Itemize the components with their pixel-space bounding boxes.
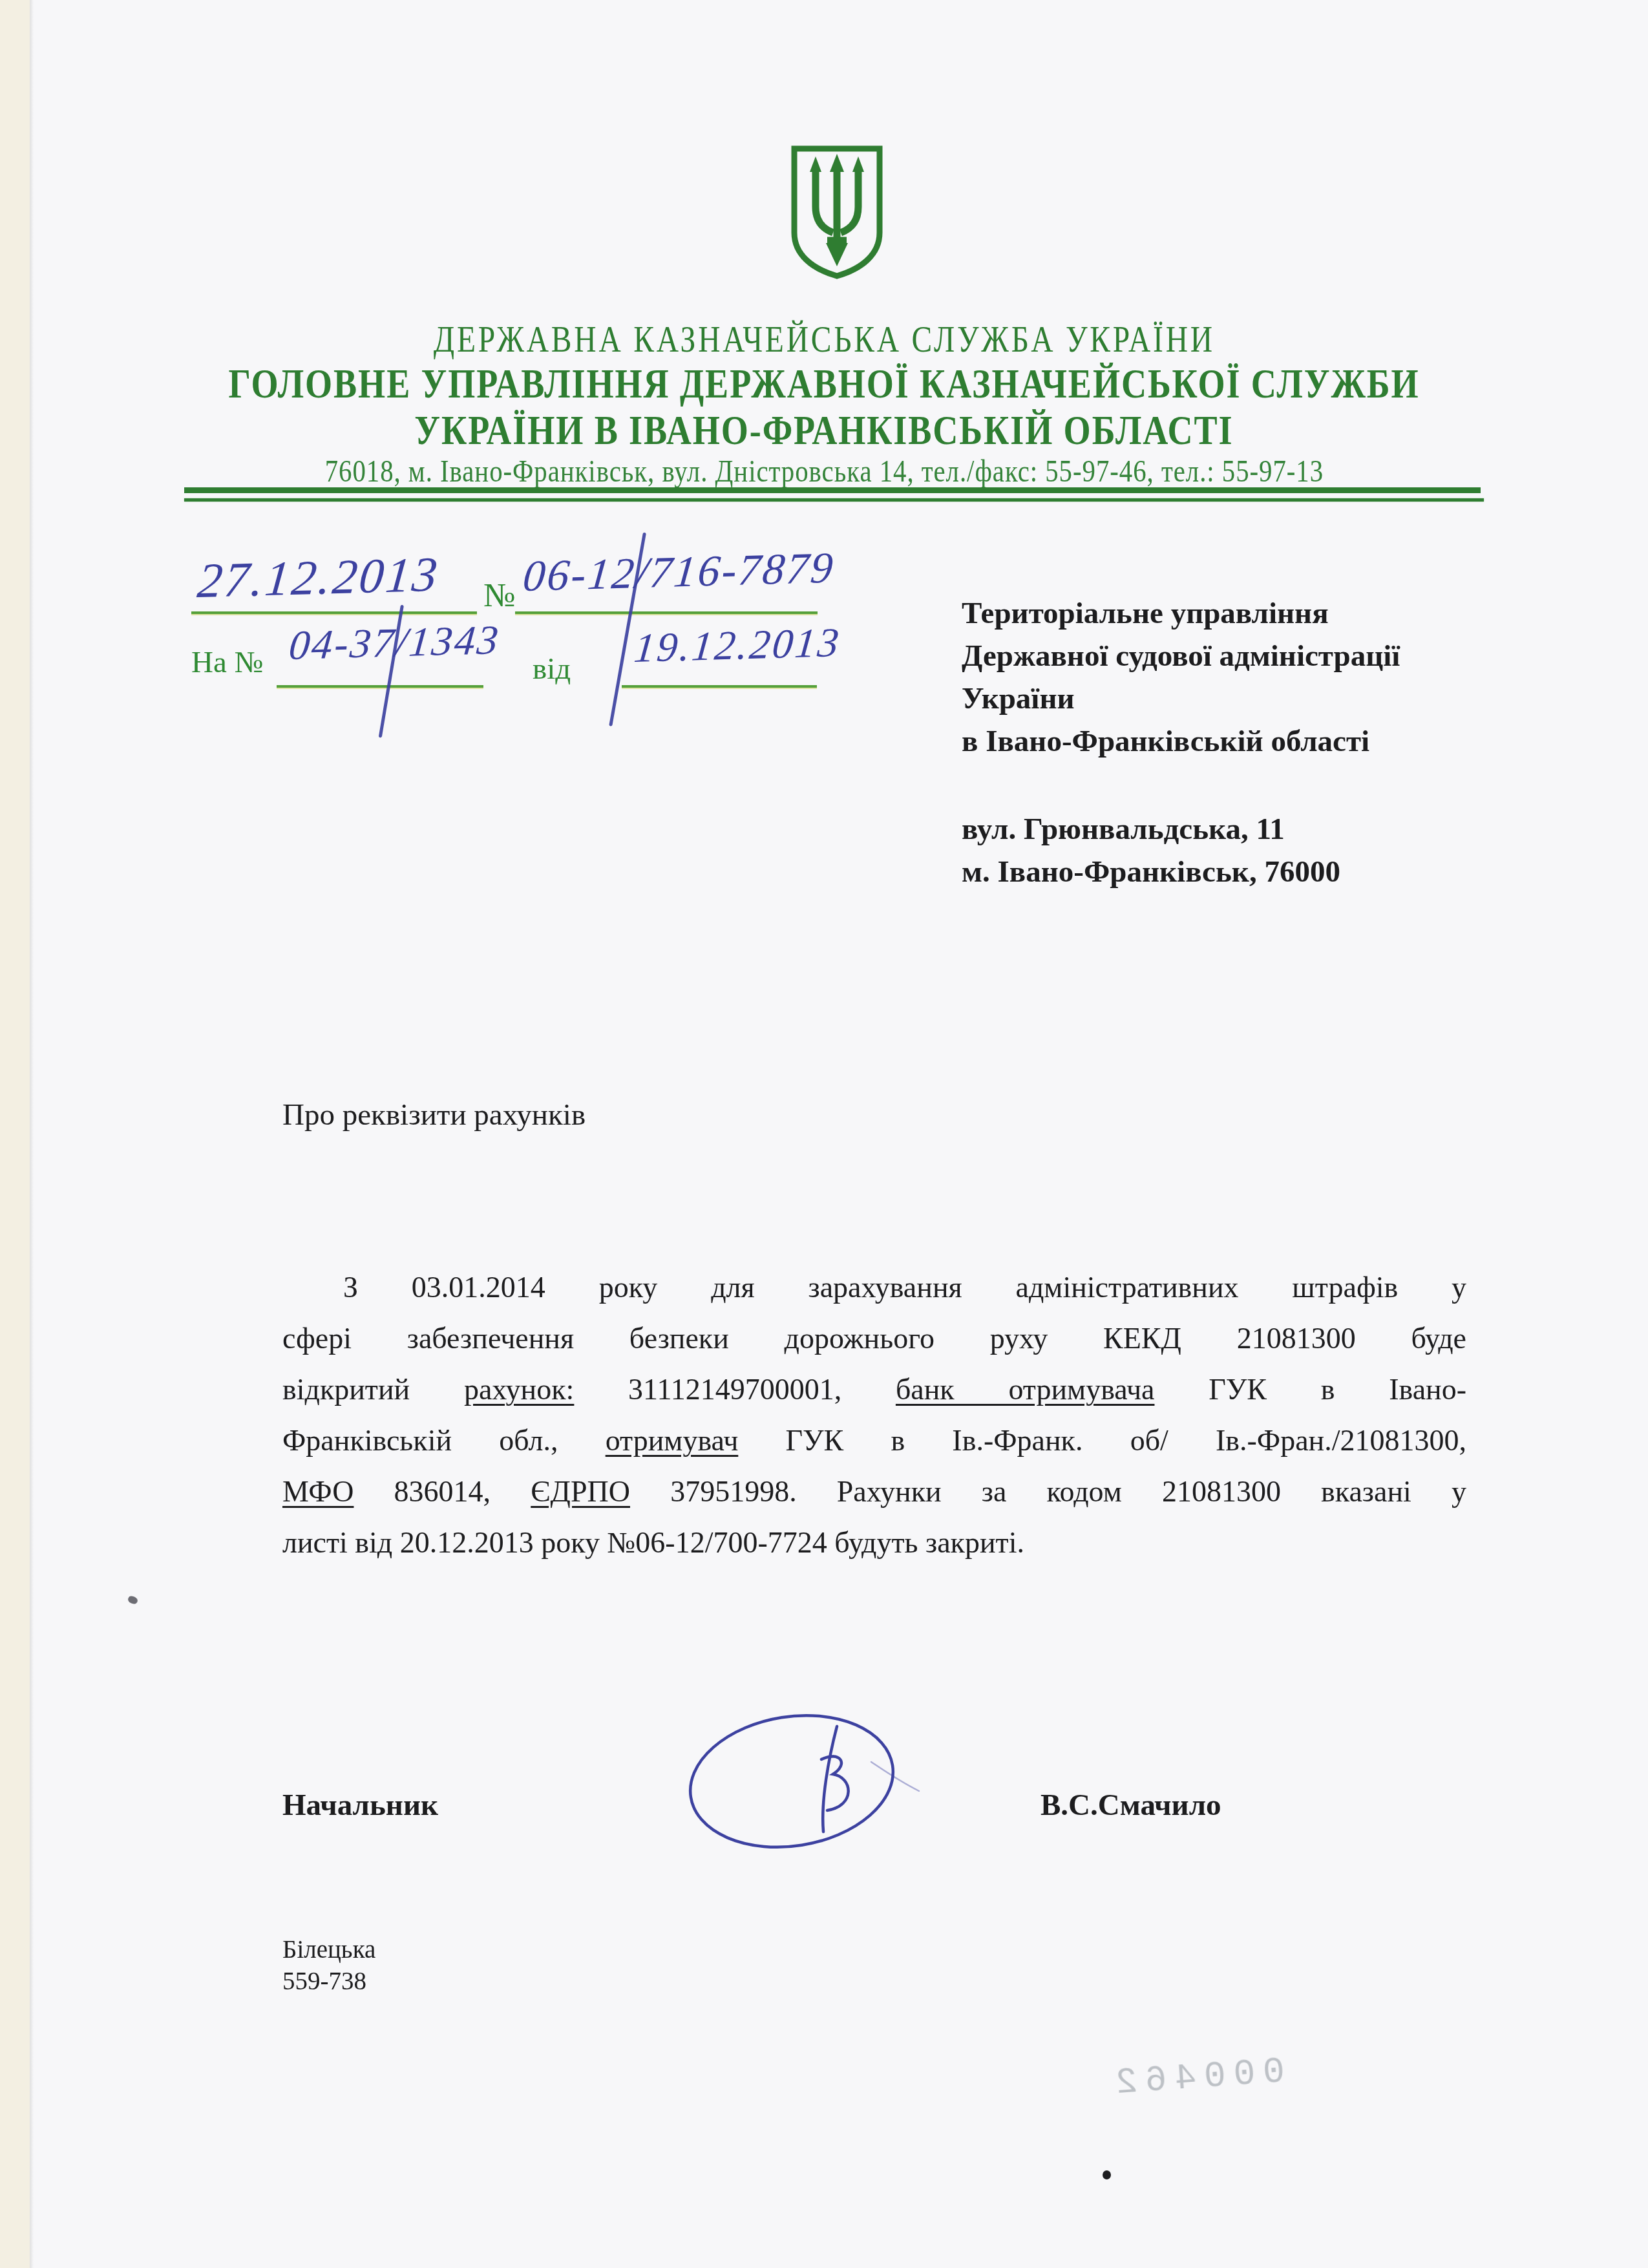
recipient-line: в Івано-Франківській області (962, 720, 1400, 763)
ukraine-trident-icon (783, 142, 891, 283)
recipient-address-line: вул. Грюнвальдська, 11 (962, 808, 1340, 851)
recipient-address-line: м. Івано-Франківськ, 76000 (962, 851, 1340, 893)
body-paragraph: З 03.01.2014 року для зарахування адміні… (282, 1262, 1466, 1568)
body-text-segment: банк отримувача (896, 1373, 1155, 1406)
letterhead-rule-thick (184, 487, 1481, 493)
org-name-line-3: УКРАЇНИ В ІВАНО-ФРАНКІВСЬКІЙ ОБЛАСТІ (29, 407, 1619, 449)
org-name-line-1: ДЕРЖАВНА КАЗНАЧЕЙСЬКА СЛУЖБА УКРАЇНИ (29, 318, 1619, 355)
body-text-segment: 37951998. Рахунки за кодом 21081300 вказ… (630, 1475, 1466, 1508)
executor-block: Білецька 559-738 (282, 1934, 375, 1997)
body-line: МФО 836014, ЄДРПО 37951998. Рахунки за к… (282, 1466, 1466, 1517)
scanner-bed-strip (0, 0, 30, 2268)
executor-name: Білецька (282, 1934, 375, 1966)
letterhead-address-line: 76018, м. Івано-Франківськ, вул. Дністро… (29, 454, 1619, 485)
recipient-address-block: вул. Грюнвальдська, 11м. Івано-Франківсь… (962, 808, 1340, 893)
ink-speck (127, 1595, 138, 1605)
ink-speck (1103, 2170, 1111, 2179)
body-text-segment: ГУК в Івано- (1154, 1373, 1466, 1406)
body-text-segment: рахунок: (464, 1373, 574, 1406)
body-text-segment: відкритий (282, 1373, 464, 1406)
body-text-segment: ЄДРПО (531, 1475, 630, 1508)
scanned-letter-page: ДЕРЖАВНА КАЗНАЧЕЙСЬКА СЛУЖБА УКРАЇНИ ГОЛ… (0, 0, 1648, 2268)
letterhead-rule-thin (184, 498, 1484, 502)
body-text-segment: З 03.01.2014 року для зарахування адміні… (343, 1271, 1466, 1304)
body-text-segment: МФО (282, 1475, 354, 1508)
body-text-segment: листі від 20.12.2013 року №06-12/700-772… (282, 1526, 1024, 1559)
mirrored-stamp-number: 000462 (1115, 2051, 1286, 2104)
signatory-title: Начальник (282, 1788, 438, 1823)
in-reply-to-label: На № (191, 645, 263, 680)
recipient-line: Територіальне управління (962, 592, 1400, 635)
outgoing-number-handwritten: 06-12/716-7879 (521, 542, 837, 602)
signature-scribble (679, 1697, 950, 1872)
green-underline (191, 611, 477, 614)
body-line: Франківській обл., отримувач ГУК в Ів.-Ф… (282, 1415, 1466, 1466)
recipient-line: України (962, 677, 1400, 720)
from-date-label: від (533, 652, 571, 686)
body-line: листі від 20.12.2013 року №06-12/700-772… (282, 1517, 1466, 1568)
executor-phone: 559-738 (282, 1966, 375, 1997)
green-underline (622, 685, 817, 688)
body-line: сфері забезпечення безпеки дорожнього ру… (282, 1313, 1466, 1364)
green-underline (515, 611, 818, 614)
body-text-segment: 836014, (354, 1475, 531, 1508)
signatory-name: В.С.Смачило (1041, 1788, 1221, 1823)
subject-line: Про реквізити рахунків (282, 1097, 586, 1132)
body-text-segment: ГУК в Ів.-Франк. об/ Ів.-Фран./21081300, (738, 1424, 1466, 1457)
incoming-date-handwritten: 19.12.2013 (632, 619, 843, 672)
recipient-line: Державної судової адміністрації (962, 635, 1400, 677)
body-line: З 03.01.2014 року для зарахування адміні… (282, 1262, 1466, 1313)
body-text-segment: Франківській обл., (282, 1424, 606, 1457)
body-line: відкритий рахунок: 31112149700001, банк … (282, 1364, 1466, 1415)
outgoing-date-handwritten: 27.12.2013 (195, 547, 441, 609)
green-underline (277, 685, 483, 688)
number-sign-label: № (483, 577, 516, 615)
body-text-segment: отримувач (606, 1424, 739, 1457)
org-name-line-2: ГОЛОВНЕ УПРАВЛІННЯ ДЕРЖАВНОЇ КАЗНАЧЕЙСЬК… (29, 361, 1619, 403)
body-text-segment: сфері забезпечення безпеки дорожнього ру… (282, 1322, 1466, 1355)
body-text-segment: 31112149700001, (574, 1373, 896, 1406)
recipient-block: Територіальне управлінняДержавної судово… (962, 592, 1400, 763)
